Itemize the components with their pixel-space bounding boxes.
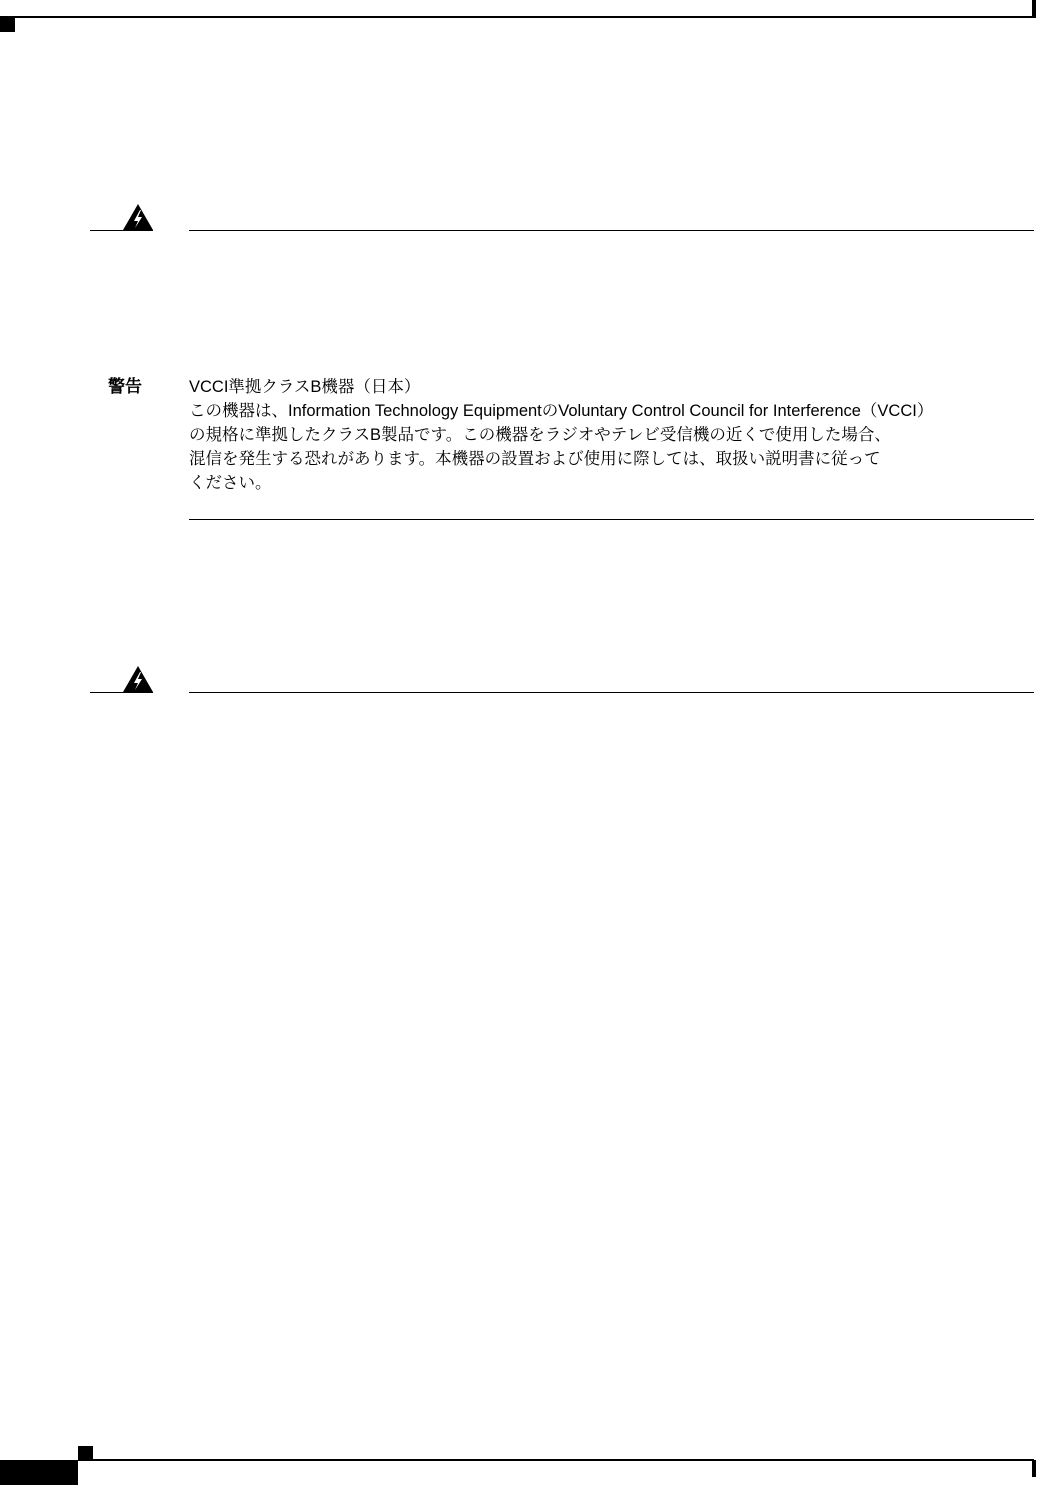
header-right-tick <box>1032 0 1036 18</box>
footer-marker <box>78 1446 93 1460</box>
vcci-line-1: この機器は、Information Technology EquipmentのV… <box>189 399 1034 423</box>
vcci-line-4: ください。 <box>189 471 1034 495</box>
warning-triangle-icon <box>122 665 154 693</box>
footer-right-tick <box>1032 1460 1036 1477</box>
footer-rule <box>78 1459 1034 1461</box>
warning-triangle-icon <box>122 203 154 231</box>
vcci-statement: VCCI準拠クラスB機器（日本） この機器は、Information Techn… <box>189 375 1034 495</box>
vcci-line-2: の規格に準拠したクラスB製品です。この機器をラジオやテレビ受信機の近くで使用した… <box>189 423 1034 447</box>
vcci-end-rule <box>189 519 1034 520</box>
warning-body-rule-2 <box>189 692 1034 693</box>
warning-icon-1-wrapper <box>122 203 154 236</box>
vcci-title: VCCI準拠クラスB機器（日本） <box>189 375 1034 399</box>
warning-icon-rule-1 <box>90 230 153 231</box>
warning-label-ja: 警告 <box>108 375 142 399</box>
header-left-marker <box>0 17 15 32</box>
footer-page-tab <box>0 1460 78 1485</box>
header-rule <box>0 16 1034 18</box>
warning-icon-2-wrapper <box>122 665 154 698</box>
warning-body-rule-1 <box>189 230 1034 231</box>
vcci-line-3: 混信を発生する恐れがあります。本機器の設置および使用に際しては、取扱い説明書に従… <box>189 447 1034 471</box>
warning-icon-rule-2 <box>90 692 153 693</box>
